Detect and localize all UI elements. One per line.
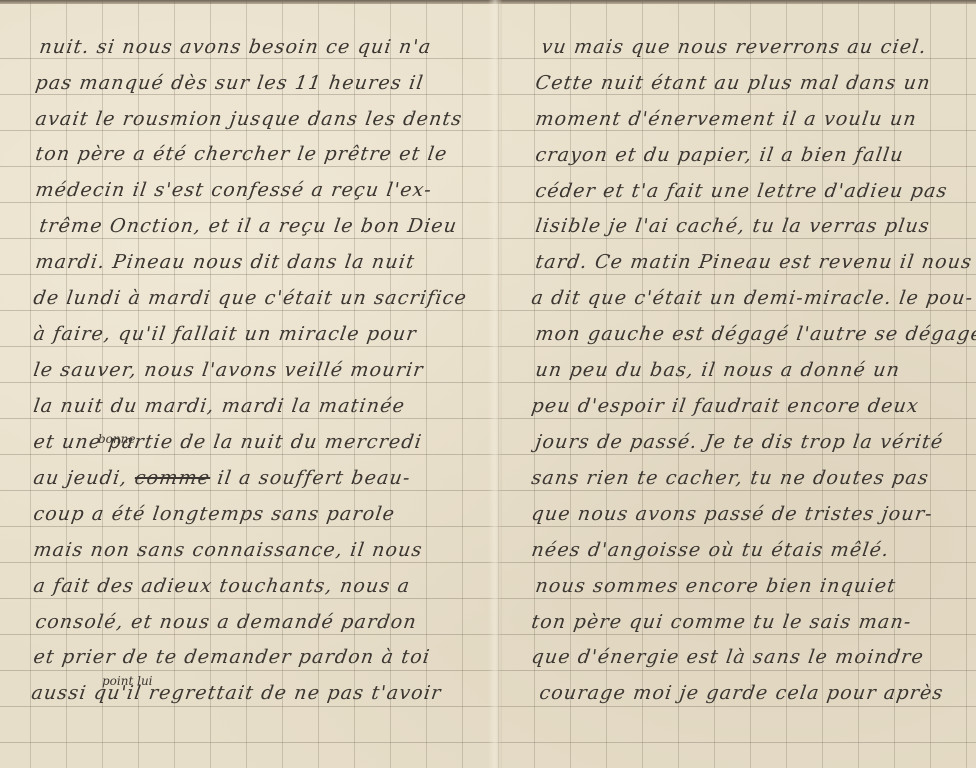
right-line-12: jours de passé. Je te dis trop la vérité (534, 431, 945, 453)
left-line-17: consolé, et nous a demandé pardon (34, 611, 418, 633)
left-line-5: médecin il s'est confessé a reçu l'ex- (34, 179, 434, 201)
right-line-8: a dit que c'était un demi-miracle. le po… (530, 287, 975, 309)
left-line-10: le sauver, nous l'avons veillé mourir (32, 359, 425, 381)
right-line-15: nées d'angoisse où tu étais mêlé. (530, 539, 891, 561)
left-page: nuit. si nous avons besoin ce qui n'a pa… (0, 0, 490, 768)
right-line-13: sans rien te cacher, tu ne doutes pas (530, 467, 931, 489)
left-line-13: au jeudi, comme il a souffert beau- (32, 467, 412, 489)
left-line-3: avait le rousmion jusque dans les dents (34, 108, 464, 130)
right-line-11: peu d'espoir il faudrait encore deux (530, 395, 921, 417)
left-line-12: et une partie de la nuit du mercredi (32, 431, 424, 453)
left-line-2: pas manqué dès sur les 11 heures il (34, 72, 425, 94)
right-line-10: un peu du bas, il nous a donné un (534, 359, 902, 381)
right-page: vu mais que nous reverrons au ciel. Cett… (490, 0, 976, 768)
left-line-4: ton père a été chercher le prêtre et le (34, 143, 449, 165)
right-line-1: vu mais que nous reverrons au ciel. (540, 36, 928, 58)
left-line-6: trême Onction, et il a reçu le bon Dieu (38, 215, 459, 237)
left-line-9: à faire, qu'il fallait un miracle pour (32, 323, 418, 345)
right-line-6: lisible je l'ai caché, tu la verras plus (534, 215, 932, 237)
left-line-16: a fait des adieux touchants, nous a (32, 575, 412, 597)
right-line-16: nous sommes encore bien inquiet (534, 575, 898, 597)
right-line-17: ton père qui comme tu le sais man- (530, 611, 913, 633)
right-line-7: tard. Ce matin Pineau est revenu il nous (534, 251, 974, 273)
right-line-19: courage moi je garde cela pour après (538, 682, 945, 704)
left-line-19: aussi qu'il regrettait de ne pas t'avoir (30, 682, 443, 704)
struck-out-word: comme (133, 467, 211, 489)
right-line-14: que nous avons passé de tristes jour- (530, 503, 934, 525)
right-line-2: Cette nuit étant au plus mal dans un (534, 72, 932, 94)
right-line-18: que d'énergie est là sans le moindre (530, 646, 926, 668)
right-line-3: moment d'énervement il a voulu un (534, 108, 918, 130)
left-line-11: la nuit du mardi, mardi la matinée (32, 395, 407, 417)
left-line-8: de lundi à mardi que c'était un sacrific… (32, 287, 469, 309)
left-line-14: coup a été longtemps sans parole (32, 503, 397, 525)
left-line-18: et prier de te demander pardon à toi (32, 646, 432, 668)
left-line-7: mardi. Pineau nous dit dans la nuit (34, 251, 417, 273)
right-line-9: mon gauche est dégagé l'autre se dégage (534, 323, 976, 345)
left-line-15: mais non sans connaissance, il nous (32, 539, 424, 561)
right-line-5: céder et t'a fait une lettre d'adieu pas (534, 180, 949, 202)
right-line-4: crayon et du papier, il a bien fallu (534, 144, 905, 166)
left-line-1: nuit. si nous avons besoin ce qui n'a (38, 36, 433, 58)
